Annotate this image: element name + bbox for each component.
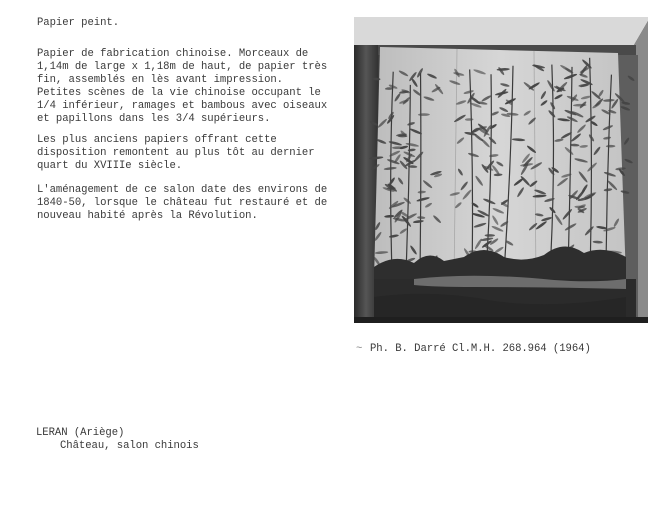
document-title: Papier peint.	[37, 17, 119, 30]
history-paragraph: Les plus anciens papiers offrant cette d…	[37, 134, 315, 173]
photo-caption: Ph. B. Darré Cl.M.H. 268.964 (1964)	[370, 343, 591, 356]
caption-dash: ~	[356, 343, 362, 356]
description-paragraph: Papier de fabrication chinoise. Morceaux…	[37, 48, 327, 125]
location-subject: Château, salon chinois	[60, 440, 199, 453]
location-place: LERAN (Ariège)	[36, 427, 124, 440]
wallpaper-photograph	[354, 17, 648, 323]
salon-date-paragraph: L'aménagement de ce salon date des envir…	[37, 184, 327, 223]
